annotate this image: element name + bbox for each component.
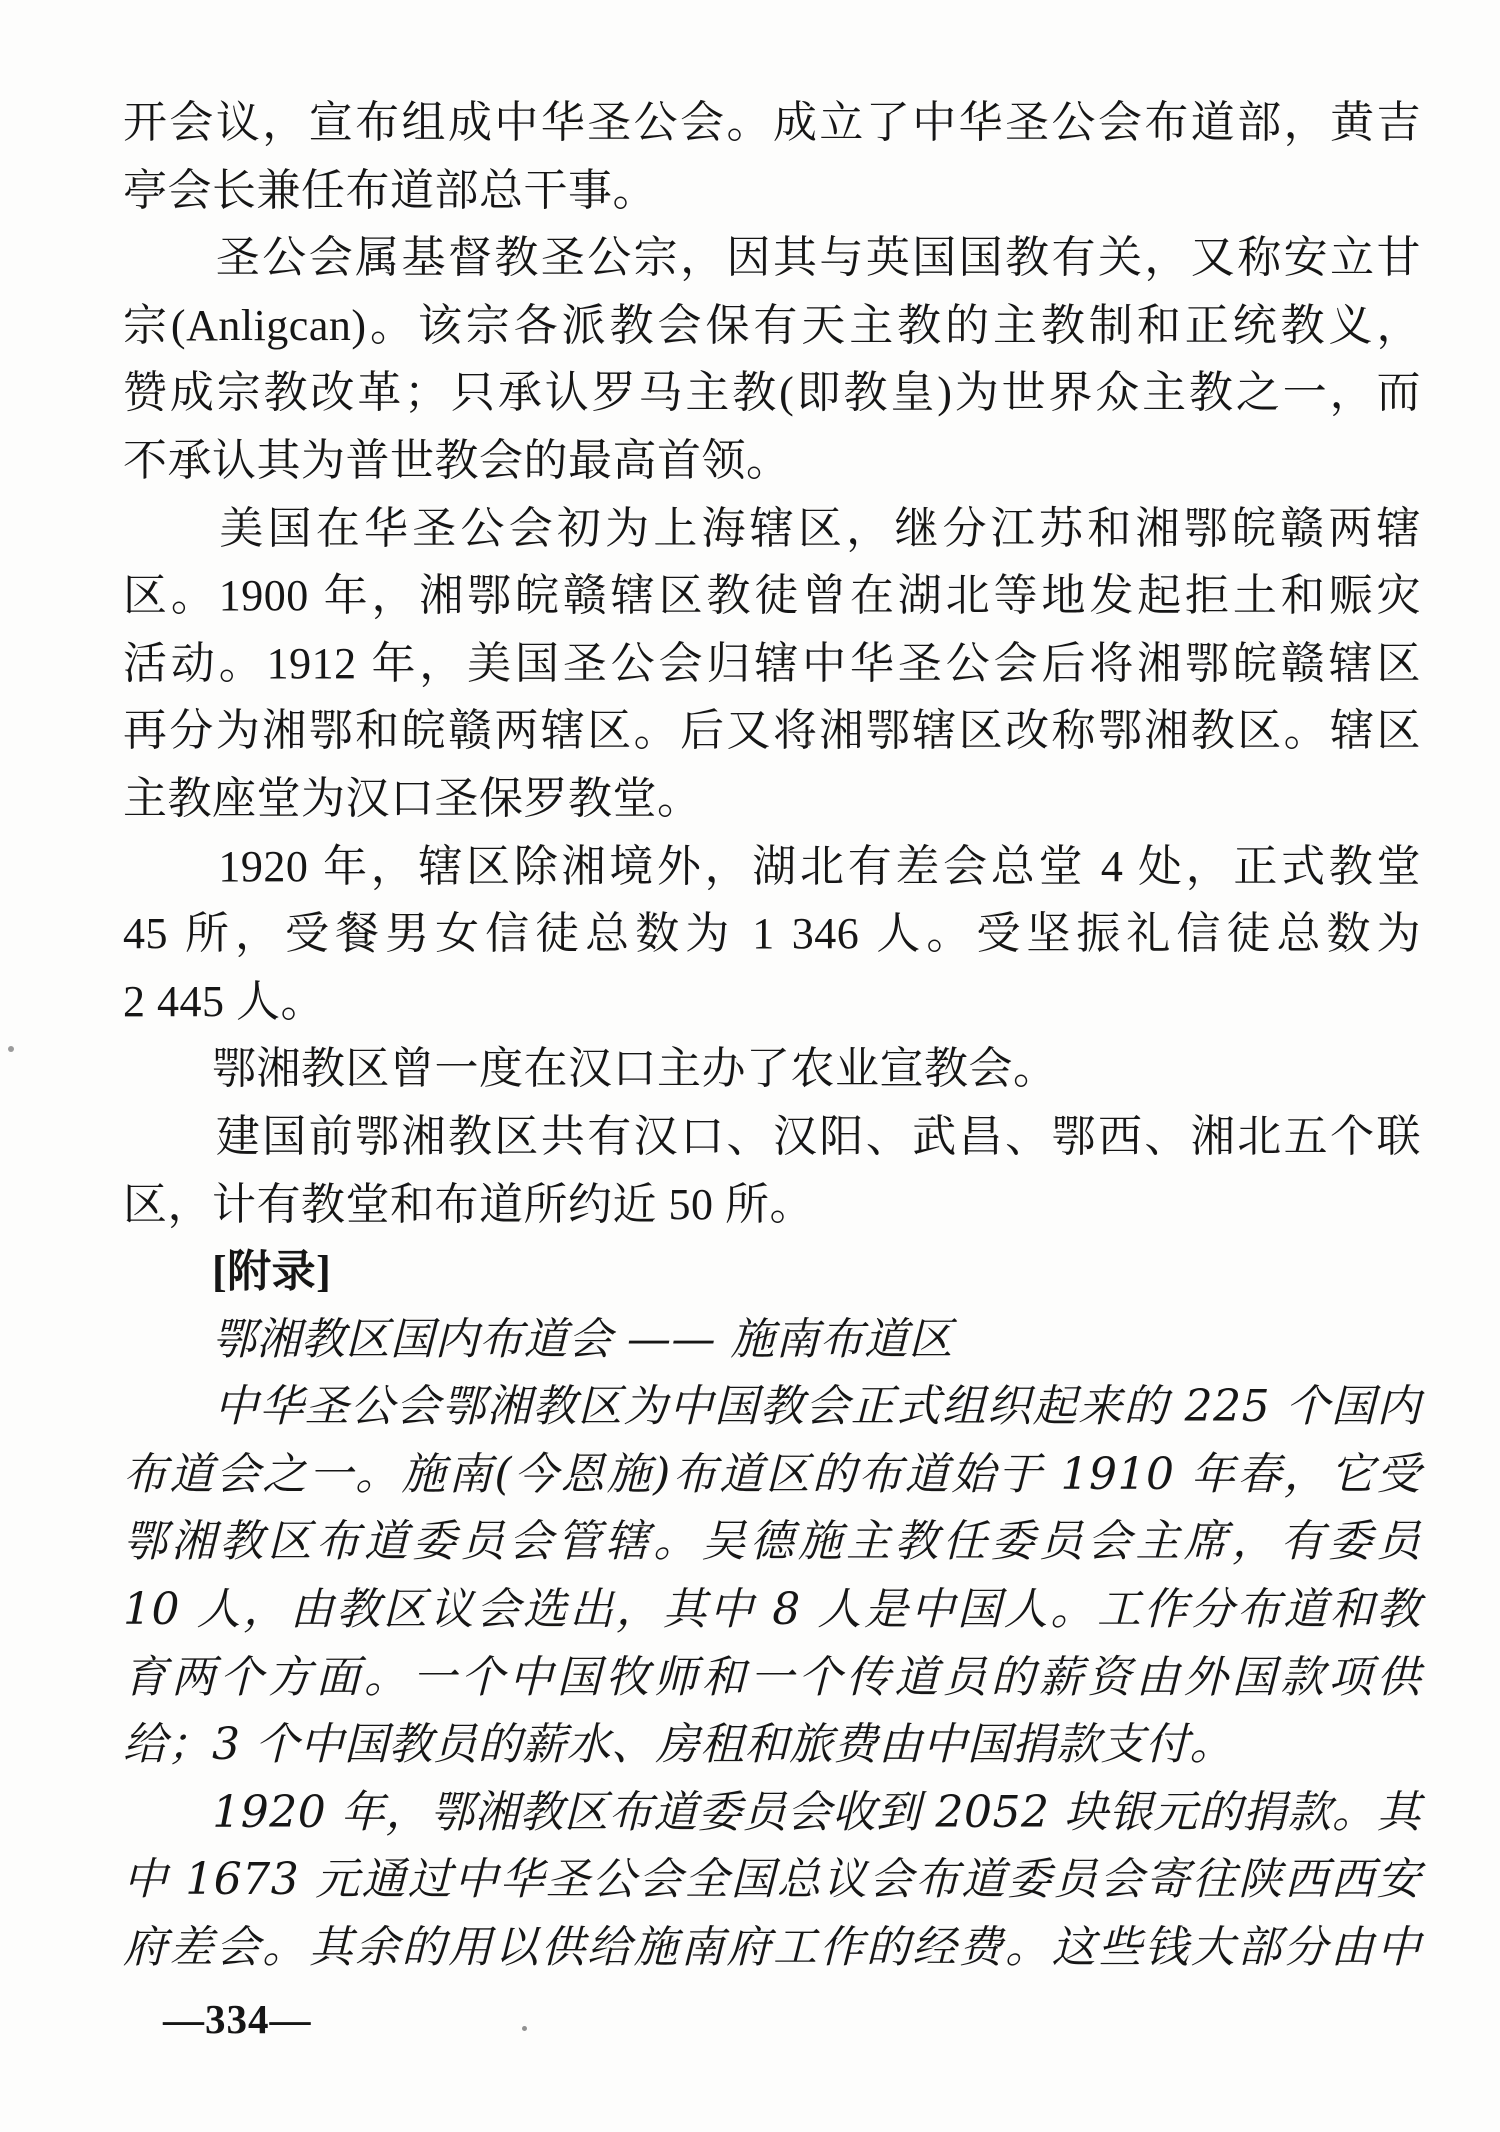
text-line: 开会议，宣布组成中华圣公会。成立了中华圣公会布道部，黄吉 (123, 89, 1421, 157)
text-line: 区，计有教堂和布道所约近 50 所。 (123, 1171, 1421, 1239)
page-number-label: —334— (163, 1996, 312, 2042)
text-line: 建国前鄂湘教区共有汉口、汉阳、武昌、鄂西、湘北五个联 (123, 1103, 1421, 1171)
text-line: 10 人，由教区议会选出，其中 8 人是中国人。工作分布道和教 (123, 1576, 1421, 1644)
text-line: 2 445 人。 (123, 968, 1421, 1036)
text-line: 鄂湘教区布道委员会管辖。吴德施主教任委员会主席，有委员 (123, 1508, 1421, 1576)
text-line: 中 1673 元通过中华圣公会全国总议会布道委员会寄往陕西西安 (123, 1846, 1421, 1914)
page-number: —334— (163, 1986, 312, 2054)
text-line: 再分为湘鄂和皖赣两辖区。后又将湘鄂辖区改称鄂湘教区。辖区 (123, 697, 1421, 765)
scan-speck (522, 2026, 527, 2031)
text-line: 美国在华圣公会初为上海辖区，继分江苏和湘鄂皖赣两辖 (123, 495, 1421, 563)
scan-speck (806, 741, 811, 746)
text-line: 亭会长兼任布道部总干事。 (123, 157, 1421, 225)
text-line: 活动。1912 年，美国圣公会归辖中华圣公会后将湘鄂皖赣辖区 (123, 630, 1421, 698)
text-line: 中华圣公会鄂湘教区为中国教会正式组织起来的 225 个国内 (123, 1373, 1421, 1441)
text-line: 赞成宗教改革；只承认罗马主教(即教皇)为世界众主教之一，而 (123, 359, 1421, 427)
text-block: 开会议，宣布组成中华圣公会。成立了中华圣公会布道部，黄吉亭会长兼任布道部总干事。… (123, 89, 1421, 1982)
text-line: 1920 年，辖区除湘境外，湖北有差会总堂 4 处，正式教堂 (123, 833, 1421, 901)
text-line: 鄂湘教区国内布道会 —— 施南布道区 (123, 1306, 1421, 1374)
text-line: [附录] (123, 1238, 1421, 1306)
text-line: 圣公会属基督教圣公宗，因其与英国国教有关，又称安立甘 (123, 224, 1421, 292)
text-line: 布道会之一。施南(今恩施)布道区的布道始于 1910 年春，它受 (123, 1441, 1421, 1509)
text-line: 区。1900 年，湘鄂皖赣辖区教徒曾在湖北等地发起拒土和赈灾 (123, 562, 1421, 630)
text-line: 45 所，受餐男女信徒总数为 1 346 人。受坚振礼信徒总数为 (123, 900, 1421, 968)
text-line: 鄂湘教区曾一度在汉口主办了农业宣教会。 (123, 1035, 1421, 1103)
text-line: 主教座堂为汉口圣保罗教堂。 (123, 765, 1421, 833)
text-line: 1920 年，鄂湘教区布道委员会收到 2052 块银元的捐款。其 (123, 1779, 1421, 1847)
text-line: 不承认其为普世教会的最高首领。 (123, 427, 1421, 495)
text-line: 府差会。其余的用以供给施南府工作的经费。这些钱大部分由中 (123, 1914, 1421, 1982)
scan-speck (8, 1046, 14, 1052)
text-line: 宗(Anligcan)。该宗各派教会保有天主教的主教制和正统教义， (123, 292, 1421, 360)
text-line: 育两个方面。一个中国牧师和一个传道员的薪资由外国款项供 (123, 1644, 1421, 1712)
text-line: 给；3 个中国教员的薪水、房租和旅费由中国捐款支付。 (123, 1711, 1421, 1779)
book-page: 开会议，宣布组成中华圣公会。成立了中华圣公会布道部，黄吉亭会长兼任布道部总干事。… (0, 0, 1500, 2132)
